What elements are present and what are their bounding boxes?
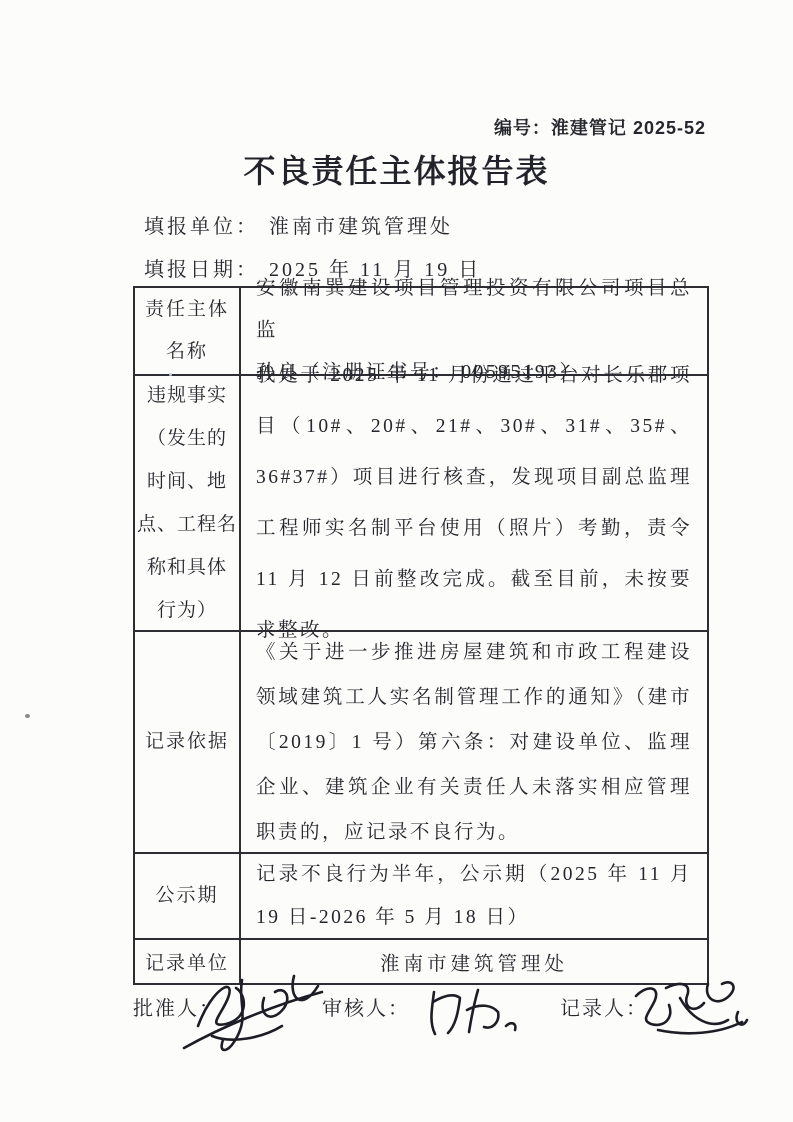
row-label-publicity-period: 公示期	[135, 854, 241, 938]
row-label-violation-facts: 违规事实 （发生的 时间、地 点、工程名 称和具体 行为）	[135, 376, 241, 630]
table-row-record-basis: 记录依据 《关于进一步推进房屋建筑和市政工程建设领域建筑工人实名制管理工作的通知…	[135, 632, 707, 854]
scan-artifact-dot	[25, 714, 30, 718]
reviewer-label: 审核人：	[322, 992, 410, 1021]
filing-unit-line: 填报单位：淮南市建筑管理处	[144, 210, 453, 239]
row-content-record-basis: 《关于进一步推进房屋建筑和市政工程建设领域建筑工人实名制管理工作的通知》（建市〔…	[241, 632, 707, 852]
reviewer-signature	[418, 980, 533, 1047]
publicity-period-text: 记录不良行为半年，公示期（2025 年 11 月 19 日-2026 年 5 月…	[256, 853, 692, 939]
record-basis-text: 《关于进一步推进房屋建筑和市政工程建设领域建筑工人实名制管理工作的通知》（建市〔…	[256, 630, 692, 855]
filing-date-label: 填报日期：	[144, 259, 259, 281]
row-label-responsible-party: 责任主体 名称	[135, 288, 241, 374]
recorder-signature	[628, 972, 750, 1045]
row-label-record-basis: 记录依据	[135, 632, 241, 852]
row-content-violation-facts: 我处于 2025 年 11 月份通过平台对长乐郡项目（10#、20#、21#、3…	[241, 376, 707, 630]
scanned-document-page: 编号：淮建管记 2025-52 不良责任主体报告表 填报单位：淮南市建筑管理处 …	[0, 0, 793, 1122]
filing-unit-label: 填报单位：	[144, 216, 259, 238]
scan-artifact-dot	[169, 373, 172, 376]
table-row-violation-facts: 违规事实 （发生的 时间、地 点、工程名 称和具体 行为） 我处于 2025 年…	[135, 376, 707, 632]
table-row-publicity-period: 公示期 记录不良行为半年，公示期（2025 年 11 月 19 日-2026 年…	[135, 854, 707, 940]
approver-signature	[178, 964, 328, 1064]
filing-unit-value: 淮南市建筑管理处	[269, 216, 453, 238]
violation-facts-text: 我处于 2025 年 11 月份通过平台对长乐郡项目（10#、20#、21#、3…	[256, 350, 692, 656]
report-form-table: 责任主体 名称 安徽南巽建设项目管理投资有限公司项目总监 孙良（注册证书号： 0…	[133, 286, 709, 985]
row-content-publicity-period: 记录不良行为半年，公示期（2025 年 11 月 19 日-2026 年 5 月…	[241, 854, 707, 938]
document-ref-number: 编号：淮建管记 2025-52	[0, 114, 706, 140]
signature-footer: 批准人： 审核人： 记录人：	[0, 982, 793, 1082]
document-title: 不良责任主体报告表	[0, 146, 793, 192]
